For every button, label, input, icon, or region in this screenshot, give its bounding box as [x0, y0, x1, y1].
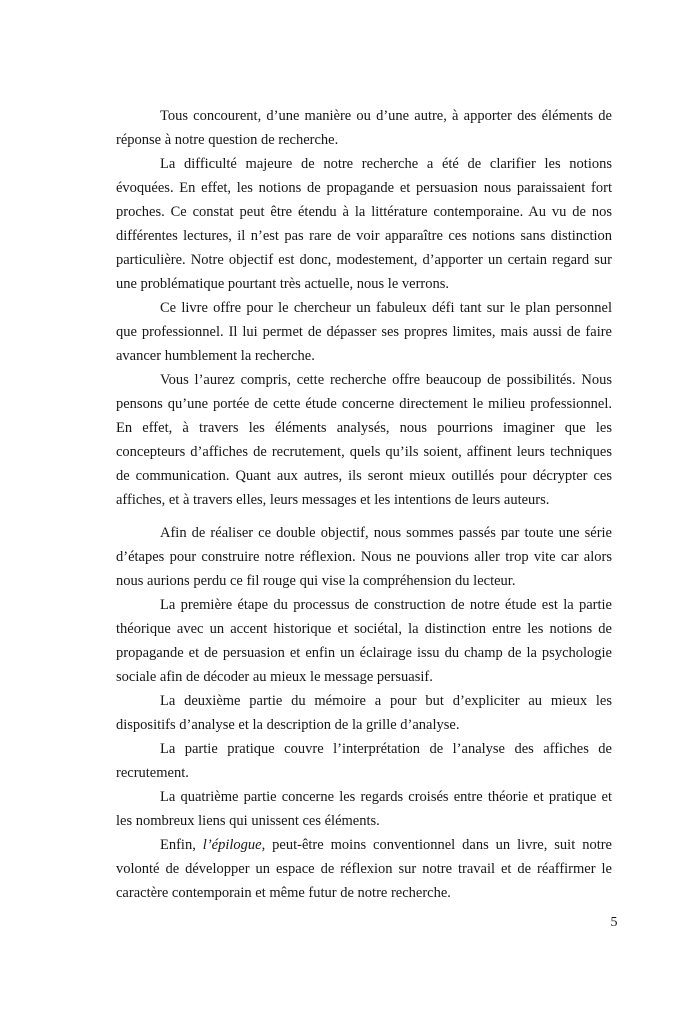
paragraph: Tous concourent, d’une manière ou d’une … [116, 104, 612, 152]
paragraph-segment: Ce livre offre pour le chercheur un fabu… [116, 300, 612, 364]
text-block: Tous concourent, d’une manière ou d’une … [116, 104, 612, 905]
paragraph-segment: Enfin, [160, 837, 203, 853]
paragraph: La partie pratique couvre l’interprétati… [116, 737, 612, 785]
paragraph-segment: Afin de réaliser ce double objectif, nou… [116, 525, 612, 589]
paragraph: La quatrième partie concerne les regards… [116, 785, 612, 833]
paragraph-segment-italic: l’épilogue, [203, 837, 265, 853]
paragraph: Enfin, l’épilogue, peut-être moins conve… [116, 833, 612, 905]
paragraph: Afin de réaliser ce double objectif, nou… [116, 521, 612, 593]
paragraph: La première étape du processus de constr… [116, 593, 612, 689]
paragraph-segment: La difficulté majeure de notre recherche… [116, 156, 612, 292]
paragraph-segment: Vous l’aurez compris, cette recherche of… [116, 372, 612, 508]
paragraph: Vous l’aurez compris, cette recherche of… [116, 368, 612, 512]
paragraph-segment: La quatrième partie concerne les regards… [116, 789, 612, 829]
paragraph-segment: La deuxième partie du mémoire a pour but… [116, 693, 612, 733]
paragraph-segment: La première étape du processus de constr… [116, 597, 612, 685]
paragraph: La difficulté majeure de notre recherche… [116, 152, 612, 296]
document-page: Tous concourent, d’une manière ou d’une … [0, 0, 700, 1028]
paragraph: La deuxième partie du mémoire a pour but… [116, 689, 612, 737]
page-number: 5 [607, 915, 621, 931]
paragraph: Ce livre offre pour le chercheur un fabu… [116, 296, 612, 368]
paragraph-segment: La partie pratique couvre l’interprétati… [116, 741, 612, 781]
paragraph-segment: Tous concourent, d’une manière ou d’une … [116, 108, 612, 148]
